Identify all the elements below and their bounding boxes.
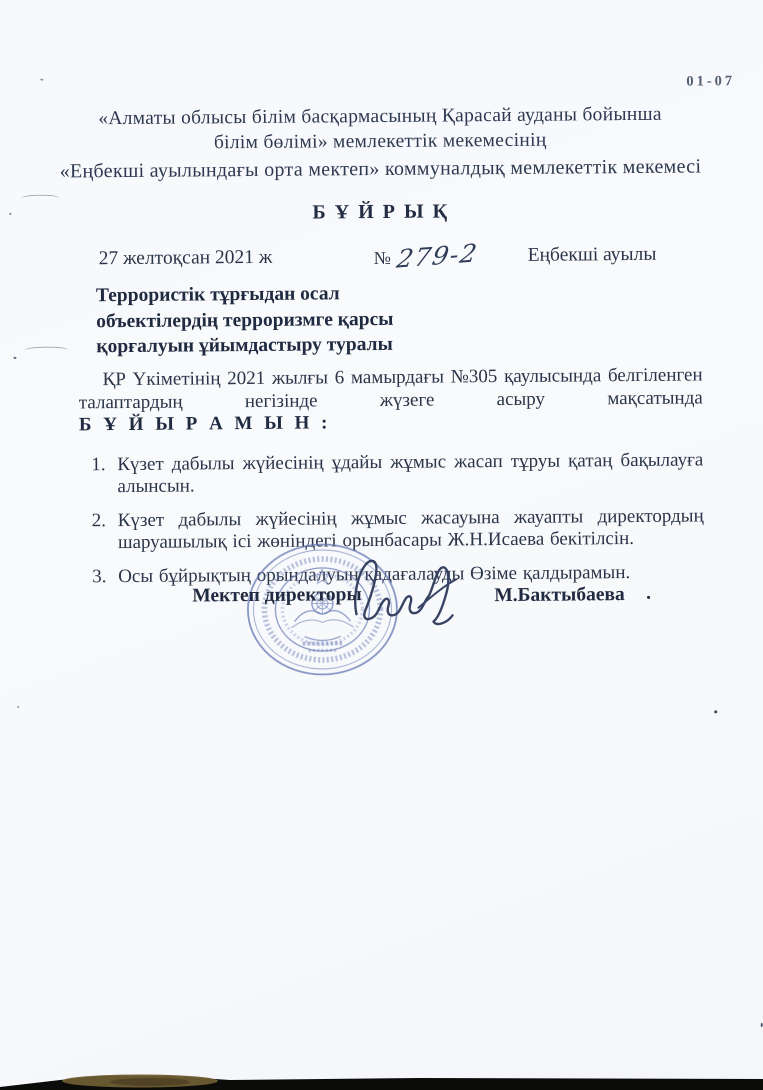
meta-row: 27 желтоқсан 2021 ж № 279-2 Еңбекші ауыл… [0,243,763,279]
preamble-paragraph: ҚР Үкіметінің 2021 жылғы 6 мамырдағы №30… [79,364,704,436]
scan-artifact [21,195,59,202]
scan-artifact [17,706,19,708]
resolve-word: Б Ұ Й Ы Р А М Ы Н : [79,412,330,435]
subject-line-1: Террористік тұрғыдан осал [96,280,516,309]
document-date: 27 желтоқсан 2021 ж [99,247,273,270]
item-number: 3. [92,566,106,589]
scan-artifact [24,346,68,353]
preamble-text: ҚР Үкіметінің 2021 жылғы 6 мамырдағы №30… [79,364,703,412]
scan-artifact [9,213,11,215]
signer-name: М.Бактыбаева [494,584,625,607]
scan-artifact [714,710,717,713]
signature-row: Мектеп директоры М.Бактыбаева · [2,581,763,707]
subject-block: Террористік тұрғыдан осал объектілердің … [96,280,517,360]
organization-header: «Алматы облысы білім басқармасының Қарас… [38,101,722,184]
scan-bottom-edge [0,1068,763,1090]
org-line-3: «Еңбекші ауылындағы орта мектеп» коммуна… [39,154,722,184]
item-number: 1. [91,454,105,477]
document-title: Б Ұ Й Р Ы Қ [0,198,762,227]
subject-line-3: қорғалуын ұйымдастыру туралы [96,331,516,360]
number-sign: № [374,248,391,269]
handwritten-number: 279-2 [395,238,481,273]
signer-role: Мектеп директоры [192,584,362,607]
subject-line-2: объектілердің терроризмге қарсы [96,305,516,334]
document-content: 01-07 «Алматы облысы білім басқармасының… [0,0,763,1090]
period-mark: · [645,588,652,610]
document-code: 01-07 [686,73,735,90]
document-place: Еңбекші ауылы [528,244,657,267]
order-item-1: 1. Күзет дабылы жүйесінің ұдайы жұмыс жа… [79,449,703,499]
scanned-document-page: 01-07 «Алматы облысы білім басқармасының… [0,0,763,1090]
scan-artifact [13,357,16,359]
scan-artifact [40,79,43,81]
item-text: Күзет дабылы жүйесінің ұдайы жұмыс жасап… [117,449,703,497]
item-number: 2. [92,510,106,533]
org-line-1: «Алматы облысы білім басқармасының Қарас… [38,101,721,131]
item-text: Күзет дабылы жүйесінің жұмыс жасауына жа… [118,505,704,553]
scan-artifact [761,1023,763,1027]
